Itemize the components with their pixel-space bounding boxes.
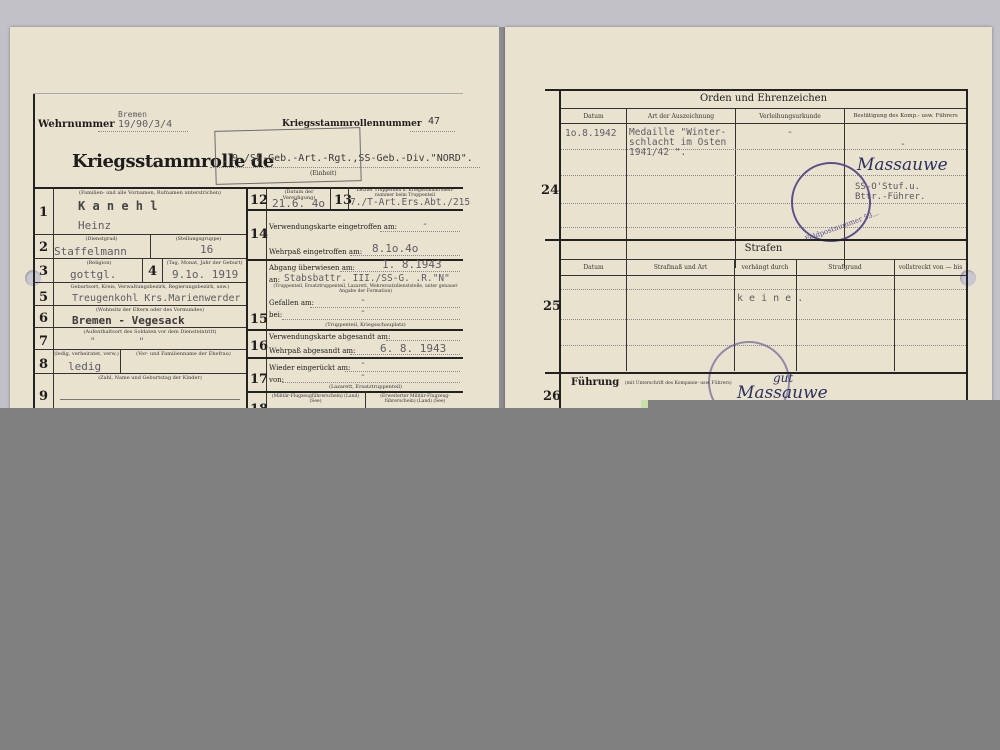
award-certificate: - xyxy=(787,127,793,138)
field-label: Verwendungskarte abgesandt am: xyxy=(269,333,390,341)
underline xyxy=(310,307,460,308)
ruled-line xyxy=(561,175,966,176)
field-label: bei: xyxy=(269,311,282,319)
wehrnummer-value: 19/90/3/4 xyxy=(118,119,172,130)
redaction-overlay xyxy=(0,408,1000,750)
frame-line xyxy=(559,89,561,434)
field-label: (Militär-Flugzeugführerschein) (Land) (S… xyxy=(268,394,363,404)
row-number: 12 xyxy=(250,193,268,208)
fuehrung-subtitle: (mit Unterschrift des Kompanie- usw. Füh… xyxy=(625,381,732,386)
field-value: Stabsbattr. III./SS-G. .R."N" xyxy=(284,273,450,284)
row-number: 9 xyxy=(39,389,48,404)
row-number: 25 xyxy=(543,299,561,314)
field-label: (Wohnsitz der Eltern oder des Vormundes) xyxy=(54,307,246,313)
field-value: 8.1o.4o xyxy=(372,242,418,255)
row-line xyxy=(561,108,966,109)
column-header: Art der Auszeichnung xyxy=(627,113,735,120)
underline xyxy=(282,382,460,383)
row-number: 6 xyxy=(39,311,48,326)
row-number: 5 xyxy=(39,290,48,305)
field-value: 1. 8.1943 xyxy=(382,258,442,271)
ruled-line xyxy=(561,149,966,150)
rubber-stamp-box xyxy=(214,127,361,185)
underline xyxy=(380,231,460,232)
field-value: - xyxy=(360,370,366,381)
field-label: Wieder eingerückt am: xyxy=(269,364,350,372)
row-line xyxy=(33,305,246,306)
column-divider xyxy=(246,187,248,437)
field-label: (Zahl, Name und Geburtstag der Kinder) xyxy=(54,375,246,381)
field-value: - xyxy=(360,358,366,369)
column-header: Strafmaß und Art xyxy=(627,264,734,271)
row-line xyxy=(561,259,966,260)
column-header: Datum xyxy=(561,264,626,271)
redaction-overlay xyxy=(648,400,1000,410)
underline xyxy=(386,340,460,341)
column-line xyxy=(796,259,797,371)
row-number: 1 xyxy=(39,205,48,220)
row-line xyxy=(561,275,966,276)
field-value: - xyxy=(360,295,366,306)
rank-value: Staffelmann xyxy=(54,245,127,258)
field-note: (Truppenteil, Ersatztruppenteil, Lazaret… xyxy=(268,284,463,294)
cell-divider xyxy=(330,187,331,209)
underline xyxy=(350,255,460,256)
frame-line xyxy=(33,93,463,94)
field-value: - xyxy=(360,306,366,317)
field-label: (Religion) xyxy=(54,260,144,266)
residence-value: " " xyxy=(90,337,144,347)
column-line xyxy=(626,259,627,371)
column-line xyxy=(894,259,895,371)
row-line xyxy=(545,372,968,374)
document-page-right: Orden und Ehrenzeichen Datum Art der Aus… xyxy=(505,27,992,427)
row-line xyxy=(545,239,968,241)
ruled-line xyxy=(561,203,966,204)
underline xyxy=(410,131,455,132)
field-note: (Truppenteil, Kriegsschauplatz) xyxy=(268,322,463,328)
underline xyxy=(60,399,240,400)
underline xyxy=(350,354,460,355)
row-line xyxy=(33,234,246,235)
row-line xyxy=(246,357,463,359)
row-number: 14 xyxy=(250,227,268,242)
birthplace-value: Treugenkohl Krs.Marienwerder xyxy=(72,293,241,304)
fuehrung-title: Führung xyxy=(571,377,619,388)
row-line xyxy=(561,123,966,124)
surname-value: K a n e h l xyxy=(78,199,157,213)
row-number: 17 xyxy=(250,372,268,387)
column-header: vollstreckt von — bis xyxy=(895,264,966,271)
row-line xyxy=(33,327,246,328)
row-number: 26 xyxy=(543,389,561,404)
ruled-line xyxy=(561,319,966,320)
row-number: 2 xyxy=(39,240,48,255)
column-header: Verleihungsurkunde xyxy=(736,113,844,120)
document-page-left: Wehrnummer Bremen 19/90/3/4 Kriegsstammr… xyxy=(10,27,499,427)
field-label: an: xyxy=(269,276,280,284)
field-label: (Dienstgrad) xyxy=(54,236,149,242)
row-number: 16 xyxy=(250,339,268,354)
row-line xyxy=(33,258,246,259)
field-label: Wehrpaß eingetroffen am: xyxy=(269,248,362,256)
column-header: Datum xyxy=(561,113,626,120)
field-label: Wehrpaß abgesandt am: xyxy=(269,347,355,355)
underline xyxy=(282,319,460,320)
underline xyxy=(340,271,460,272)
orden-title: Orden und Ehrenzeichen xyxy=(561,93,966,104)
strafen-title: Strafen xyxy=(561,243,966,254)
punch-hole xyxy=(960,270,976,286)
field-note: (Lazarett, Ersatztruppenteil) xyxy=(268,384,463,390)
award-type: Medaille "Winter- schlacht im Osten 1941… xyxy=(629,128,726,158)
row-number: 15 xyxy=(250,312,268,327)
row-line xyxy=(33,282,246,283)
frame-line xyxy=(966,89,968,434)
frame-line xyxy=(33,93,35,433)
feldpost-stamp: Feldpostnummer 53... xyxy=(791,162,871,242)
field-label: (Stellungsgruppe) xyxy=(151,236,246,242)
parents-residence-value: Bremen - Vegesack xyxy=(72,314,185,327)
highlight-patch xyxy=(641,400,648,408)
stamp-text: Feldpostnummer 53... xyxy=(804,209,880,243)
marital-status-value: ledig xyxy=(68,360,101,373)
underline xyxy=(98,131,188,132)
firstname-value: Heinz xyxy=(78,219,111,232)
punishment-entry: k e i n e . xyxy=(737,293,803,304)
row-number: 8 xyxy=(39,357,48,372)
row-line xyxy=(33,349,246,350)
ksr-value: 47 xyxy=(428,116,440,127)
award-date: 1o.8.1942 xyxy=(565,128,616,139)
row-line xyxy=(246,391,463,393)
row-number: 4 xyxy=(148,264,157,279)
row-line xyxy=(33,373,246,374)
field-label: (Tag, Monat, Jahr der Geburt) xyxy=(163,260,246,266)
row-number: 7 xyxy=(39,334,48,349)
field-value: - xyxy=(422,219,428,230)
field-label: (Erweiterter Militär-Flugzeug-führersche… xyxy=(367,394,463,404)
cell-divider xyxy=(348,187,349,209)
row-number: 3 xyxy=(39,264,48,279)
row-line xyxy=(246,329,463,331)
field-label: (Familien- und alle Vornamen, Rufnamen u… xyxy=(54,190,246,196)
ruled-line xyxy=(561,289,966,290)
group-value: 16 xyxy=(200,243,213,256)
field-label: Geburtsort, Kreis, Verwaltungsbezirk, Re… xyxy=(54,284,246,290)
field-label: Gefallen am: xyxy=(269,299,314,307)
column-header: verhängt durch xyxy=(735,264,795,271)
frame-line xyxy=(545,89,968,91)
field-label: (Vor- und Familienname der Ehefrau) xyxy=(121,351,246,357)
commander-signature: Massauwe xyxy=(857,155,948,175)
field-label: Verwendungskarte eingetroffen am: xyxy=(269,223,397,231)
cell-divider xyxy=(142,258,143,282)
last-unit-value: 7./T-Art.Ers.Abt./215 xyxy=(350,197,470,208)
religion-value: gottgl. xyxy=(70,268,116,281)
wehrnummer-label: Wehrnummer xyxy=(38,119,115,130)
ruled-line xyxy=(561,227,966,228)
field-label: (ledig, verheiratet, verw.) xyxy=(54,351,119,357)
birthdate-value: 9.1o. 1919 xyxy=(172,268,238,281)
field-label: (Aufenthaltsort des Soldaten vor dem Die… xyxy=(54,329,246,335)
column-header: Strafgrund xyxy=(797,264,893,271)
row-number: 24 xyxy=(541,183,559,198)
row-line xyxy=(246,209,463,211)
wehrnummer-region: Bremen xyxy=(118,110,147,119)
column-header: Bestätigung des Komp.- usw. Führers xyxy=(845,113,966,119)
